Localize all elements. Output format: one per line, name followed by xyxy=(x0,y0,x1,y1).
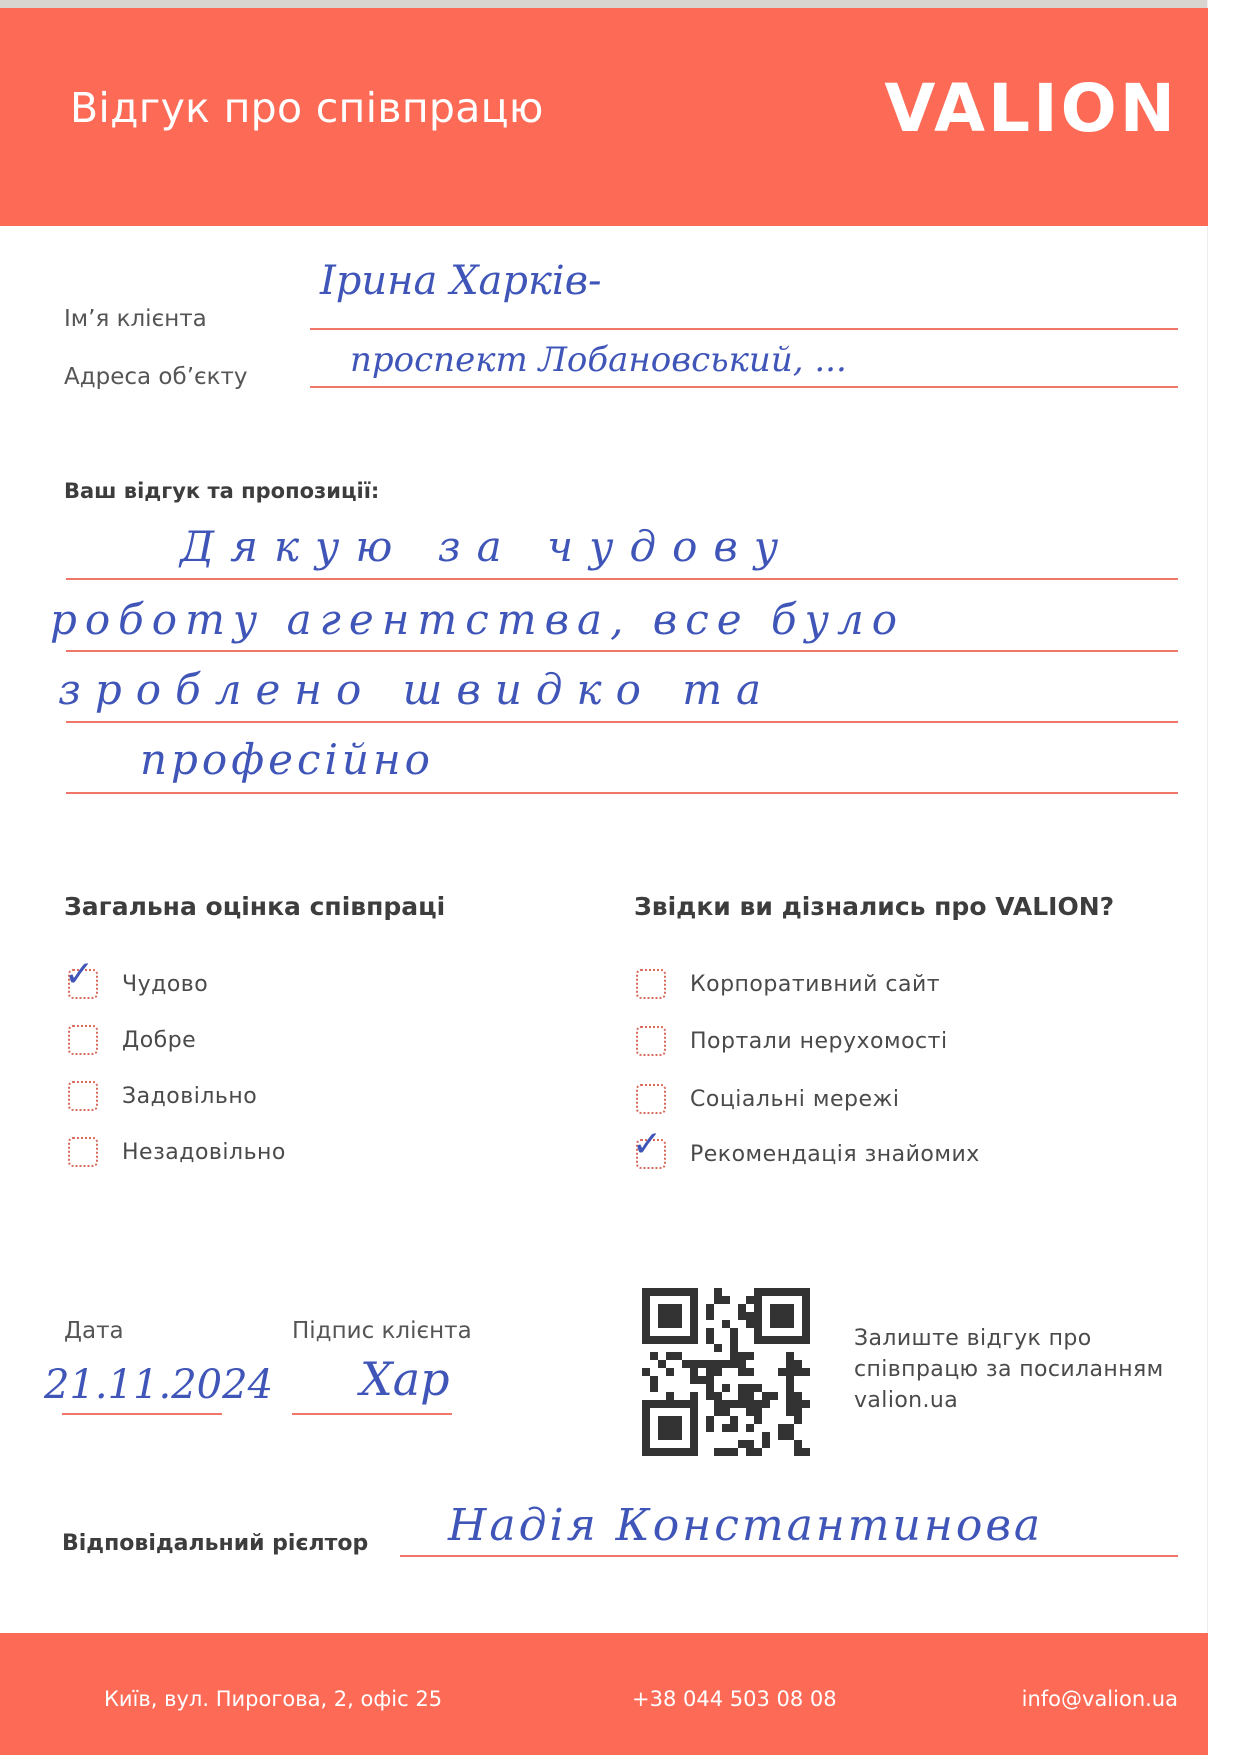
qr-code-icon[interactable] xyxy=(642,1288,810,1456)
feedback-rule xyxy=(66,792,1178,794)
source-option-portals[interactable]: Портали нерухомості xyxy=(636,1023,948,1059)
footer-email[interactable]: info@valion.ua xyxy=(1022,1687,1178,1711)
feedback-rule xyxy=(66,578,1178,580)
rating-option-satisfactory[interactable]: Задовільно xyxy=(68,1078,257,1114)
source-option-social[interactable]: Соціальні мережі xyxy=(636,1081,899,1117)
client-name-value[interactable]: Ірина Харків- xyxy=(320,258,601,304)
checkbox[interactable] xyxy=(636,1026,666,1056)
realtor-label: Відповідальний рієлтор xyxy=(62,1531,368,1556)
source-option-referral[interactable]: ✓ Рекомендація знайомих xyxy=(636,1136,980,1172)
footer-phone[interactable]: +38 044 503 08 08 xyxy=(632,1687,837,1711)
source-option-website[interactable]: Корпоративний сайт xyxy=(636,966,940,1002)
rating-option-good[interactable]: Добре xyxy=(68,1022,196,1058)
address-value[interactable]: проспект Лобановський, ... xyxy=(350,340,847,380)
option-label: Рекомендація знайомих xyxy=(690,1142,980,1167)
date-value[interactable]: 21.11.2024 xyxy=(44,1362,273,1408)
page-edge xyxy=(1207,0,1240,1755)
signature-label: Підпис клієнта xyxy=(292,1318,472,1344)
checkmark-icon: ✓ xyxy=(632,1127,662,1163)
date-label: Дата xyxy=(64,1318,124,1344)
form-title: Відгук про співпрацю xyxy=(70,84,544,132)
qr-link[interactable]: valion.ua xyxy=(854,1385,1164,1416)
qr-caption-line: співпрацю за посиланням xyxy=(854,1354,1164,1385)
rating-option-excellent[interactable]: ✓ Чудово xyxy=(68,966,208,1002)
feedback-line: професійно xyxy=(140,735,434,784)
checkbox[interactable]: ✓ xyxy=(636,1139,666,1169)
footer-banner: Київ, вул. Пирогова, 2, офіс 25 +38 044 … xyxy=(0,1633,1208,1755)
option-label: Чудово xyxy=(122,972,208,997)
option-label: Добре xyxy=(122,1028,196,1053)
checkbox[interactable] xyxy=(68,1025,98,1055)
option-label: Корпоративний сайт xyxy=(690,972,940,997)
option-label: Портали нерухомості xyxy=(690,1029,948,1054)
feedback-line: Дякую за чудову xyxy=(180,522,794,571)
client-name-label: Ім’я клієнта xyxy=(64,306,207,332)
header-banner: Відгук про співпрацю VALION xyxy=(0,8,1208,226)
realtor-signature[interactable]: Надія Константинова xyxy=(448,1500,1043,1551)
option-label: Незадовільно xyxy=(122,1140,286,1165)
feedback-line: зроблено швидко та xyxy=(58,665,775,714)
option-label: Задовільно xyxy=(122,1084,257,1109)
checkbox[interactable]: ✓ xyxy=(68,969,98,999)
date-line xyxy=(62,1413,222,1415)
checkbox[interactable] xyxy=(68,1081,98,1111)
rating-option-unsatisfactory[interactable]: Незадовільно xyxy=(68,1134,286,1170)
client-name-line xyxy=(310,328,1178,330)
checkmark-icon: ✓ xyxy=(64,957,94,993)
rating-title: Загальна оцінка співпраці xyxy=(64,892,445,921)
signature-line xyxy=(292,1413,452,1415)
footer-address: Київ, вул. Пирогова, 2, офіс 25 xyxy=(104,1687,442,1711)
address-label: Адреса об’єкту xyxy=(64,364,248,390)
feedback-rule xyxy=(66,721,1178,723)
checkbox[interactable] xyxy=(68,1137,98,1167)
address-line xyxy=(310,386,1178,388)
realtor-line xyxy=(400,1555,1178,1557)
option-label: Соціальні мережі xyxy=(690,1087,899,1112)
checkbox[interactable] xyxy=(636,969,666,999)
scan-edge xyxy=(0,0,1240,8)
feedback-line: роботу агентства, все було xyxy=(50,595,905,644)
client-signature[interactable]: Хар xyxy=(360,1352,450,1406)
qr-caption-line: Залиште відгук про xyxy=(854,1323,1164,1354)
qr-caption: Залиште відгук про співпрацю за посиланн… xyxy=(854,1323,1164,1416)
feedback-rule xyxy=(66,650,1178,652)
checkbox[interactable] xyxy=(636,1084,666,1114)
source-title: Звідки ви дізнались про VALION? xyxy=(634,892,1114,921)
valion-logo: VALION xyxy=(884,70,1178,147)
feedback-label: Ваш відгук та пропозиції: xyxy=(64,479,379,503)
